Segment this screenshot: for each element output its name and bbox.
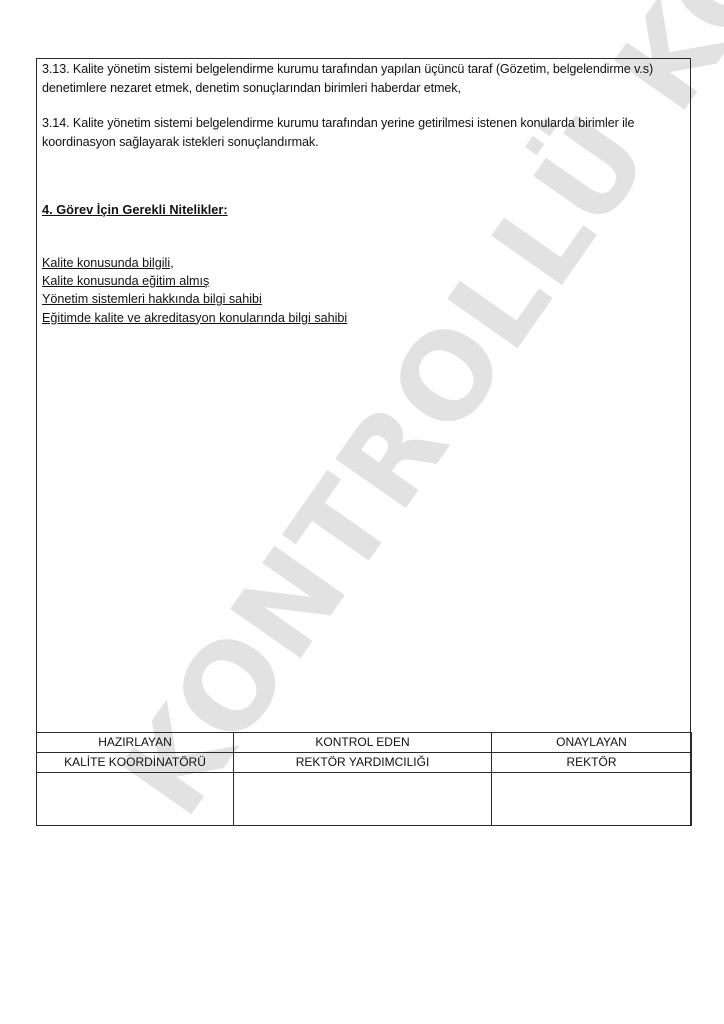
signature-table: HAZIRLAYAN KONTROL EDEN ONAYLAYAN KALİTE…: [36, 732, 692, 826]
signature-cell: [492, 773, 692, 826]
title-rector: REKTÖR: [492, 753, 692, 773]
duties-list: 3.13. Kalite yönetim sistemi belgelendir…: [42, 60, 687, 151]
qualifications-list: Kalite konusunda bilgili, Kalite konusun…: [42, 254, 347, 327]
content-frame: [36, 58, 691, 826]
role-checked-by: KONTROL EDEN: [234, 733, 492, 753]
signature-cell: [234, 773, 492, 826]
qualification-item: Eğitimde kalite ve akreditasyon konuları…: [42, 309, 347, 327]
qualification-item: Yönetim sistemleri hakkında bilgi sahibi: [42, 290, 347, 308]
title-vice-rector: REKTÖR YARDIMCILIĞI: [234, 753, 492, 773]
role-approved-by: ONAYLAYAN: [492, 733, 692, 753]
duty-item: 3.13. Kalite yönetim sistemi belgelendir…: [42, 60, 687, 97]
role-prepared-by: HAZIRLAYAN: [37, 733, 234, 753]
signature-cell: [37, 773, 234, 826]
qualification-item: Kalite konusunda eğitim almış: [42, 272, 347, 290]
signature-row: [37, 773, 692, 826]
roles-row: HAZIRLAYAN KONTROL EDEN ONAYLAYAN: [37, 733, 692, 753]
title-quality-coordinator: KALİTE KOORDİNATÖRÜ: [37, 753, 234, 773]
section-heading: 4. Görev İçin Gerekli Nitelikler:: [42, 202, 228, 217]
duty-item: 3.14. Kalite yönetim sistemi belgelendir…: [42, 114, 687, 151]
document-page: KONTROLLÜ KOPYA 3.13. Kalite yönetim sis…: [0, 0, 724, 1024]
qualification-item: Kalite konusunda bilgili,: [42, 254, 347, 272]
titles-row: KALİTE KOORDİNATÖRÜ REKTÖR YARDIMCILIĞI …: [37, 753, 692, 773]
